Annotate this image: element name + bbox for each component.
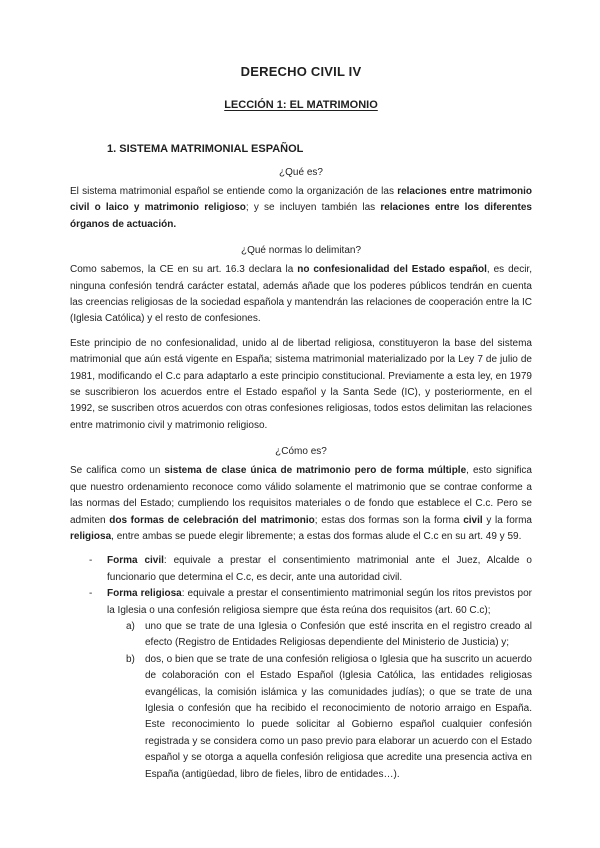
sublist-a-marker: a) — [70, 619, 145, 652]
section-heading: 1. SISTEMA MATRIMONIAL ESPAÑOL — [70, 143, 532, 155]
lesson-heading: LECCIÓN 1: EL MATRIMONIO — [70, 99, 532, 111]
list-subitem-requisito-b-text: dos, o bien que se trate de una confesió… — [145, 652, 532, 783]
document-page: DERECHO CIVIL IV LECCIÓN 1: EL MATRIMONI… — [0, 0, 600, 848]
paragraph-history: Este principio de no confesionalidad, un… — [70, 336, 532, 434]
question-norms: ¿Qué normas lo delimitan? — [70, 245, 532, 256]
bullet-dash-marker: - — [70, 553, 107, 586]
paragraph-norms: Como sabemos, la CE en su art. 16.3 decl… — [70, 262, 532, 328]
list-subitem-requisito-a-text: uno que se trate de una Iglesia o Confes… — [145, 619, 532, 652]
paragraph-how: Se califica como un sistema de clase úni… — [70, 463, 532, 545]
paragraph-what-is-it: El sistema matrimonial español se entien… — [70, 184, 532, 233]
list-item-forma-religiosa-text: Forma religiosa: equivale a prestar el c… — [107, 586, 532, 619]
list-subitem-requisito-b: b) dos, o bien que se trate de una confe… — [70, 652, 532, 783]
marriage-forms-list: - Forma civil: equivale a prestar el con… — [70, 553, 532, 783]
list-subitem-requisito-a: a) uno que se trate de una Iglesia o Con… — [70, 619, 532, 652]
doc-title: DERECHO CIVIL IV — [70, 64, 532, 79]
question-what: ¿Qué es? — [70, 167, 532, 178]
list-item-forma-religiosa: - Forma religiosa: equivale a prestar el… — [70, 586, 532, 619]
list-item-forma-civil: - Forma civil: equivale a prestar el con… — [70, 553, 532, 586]
bullet-dash-marker: - — [70, 586, 107, 619]
sublist-b-marker: b) — [70, 652, 145, 783]
list-item-forma-civil-text: Forma civil: equivale a prestar el conse… — [107, 553, 532, 586]
question-how: ¿Cómo es? — [70, 446, 532, 457]
